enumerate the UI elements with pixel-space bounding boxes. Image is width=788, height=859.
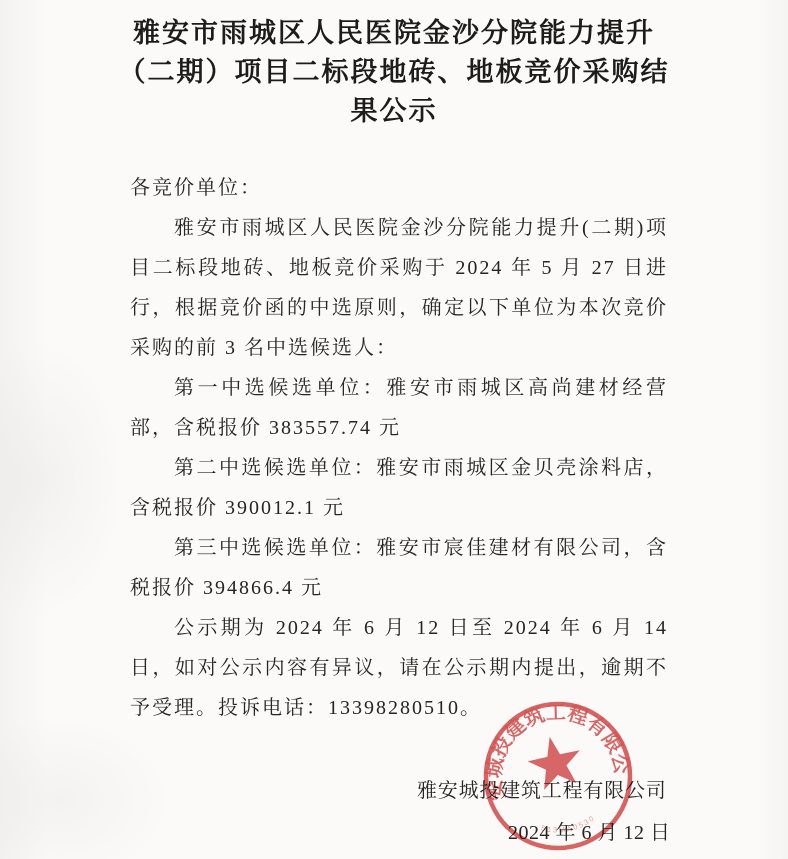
document-title: 雅安市雨城区人民医院金沙分院能力提升 （二期）项目二标段地砖、地板竞价采购结 果… [114, 14, 674, 131]
title-line-1: 雅安市雨城区人民医院金沙分院能力提升 [114, 14, 674, 53]
scanned-document-page: 雅安市雨城区人民医院金沙分院能力提升 （二期）项目二标段地砖、地板竞价采购结 果… [0, 0, 788, 859]
seal-code-text: 513MA0530 [538, 812, 598, 839]
document-body: 各竞价单位： 雅安市雨城区人民医院金沙分院能力提升(二期)项目二标段地砖、地板竞… [130, 168, 668, 728]
company-seal-stamp: 雅安城投建筑工程有限公司 513MA0530 [468, 686, 648, 859]
paragraph-candidate-3: 第三中选候选单位：雅安市宸佳建材有限公司，含税报价 394866.4 元 [130, 528, 668, 608]
paragraph-candidate-1: 第一中选候选单位：雅安市雨城区高尚建材经营部，含税报价 383557.74 元 [130, 368, 668, 448]
title-line-3: 果公示 [114, 92, 674, 131]
paragraph-candidate-2: 第二中选候选单位：雅安市雨城区金贝壳涂料店，含税报价 390012.1 元 [130, 448, 668, 528]
seal-star-icon [524, 731, 587, 792]
paragraph-procurement-intro: 雅安市雨城区人民医院金沙分院能力提升(二期)项目二标段地砖、地板竞价采购于 20… [130, 208, 668, 368]
salutation: 各竞价单位： [130, 168, 668, 208]
title-line-2: （二期）项目二标段地砖、地板竞价采购结 [114, 53, 674, 92]
